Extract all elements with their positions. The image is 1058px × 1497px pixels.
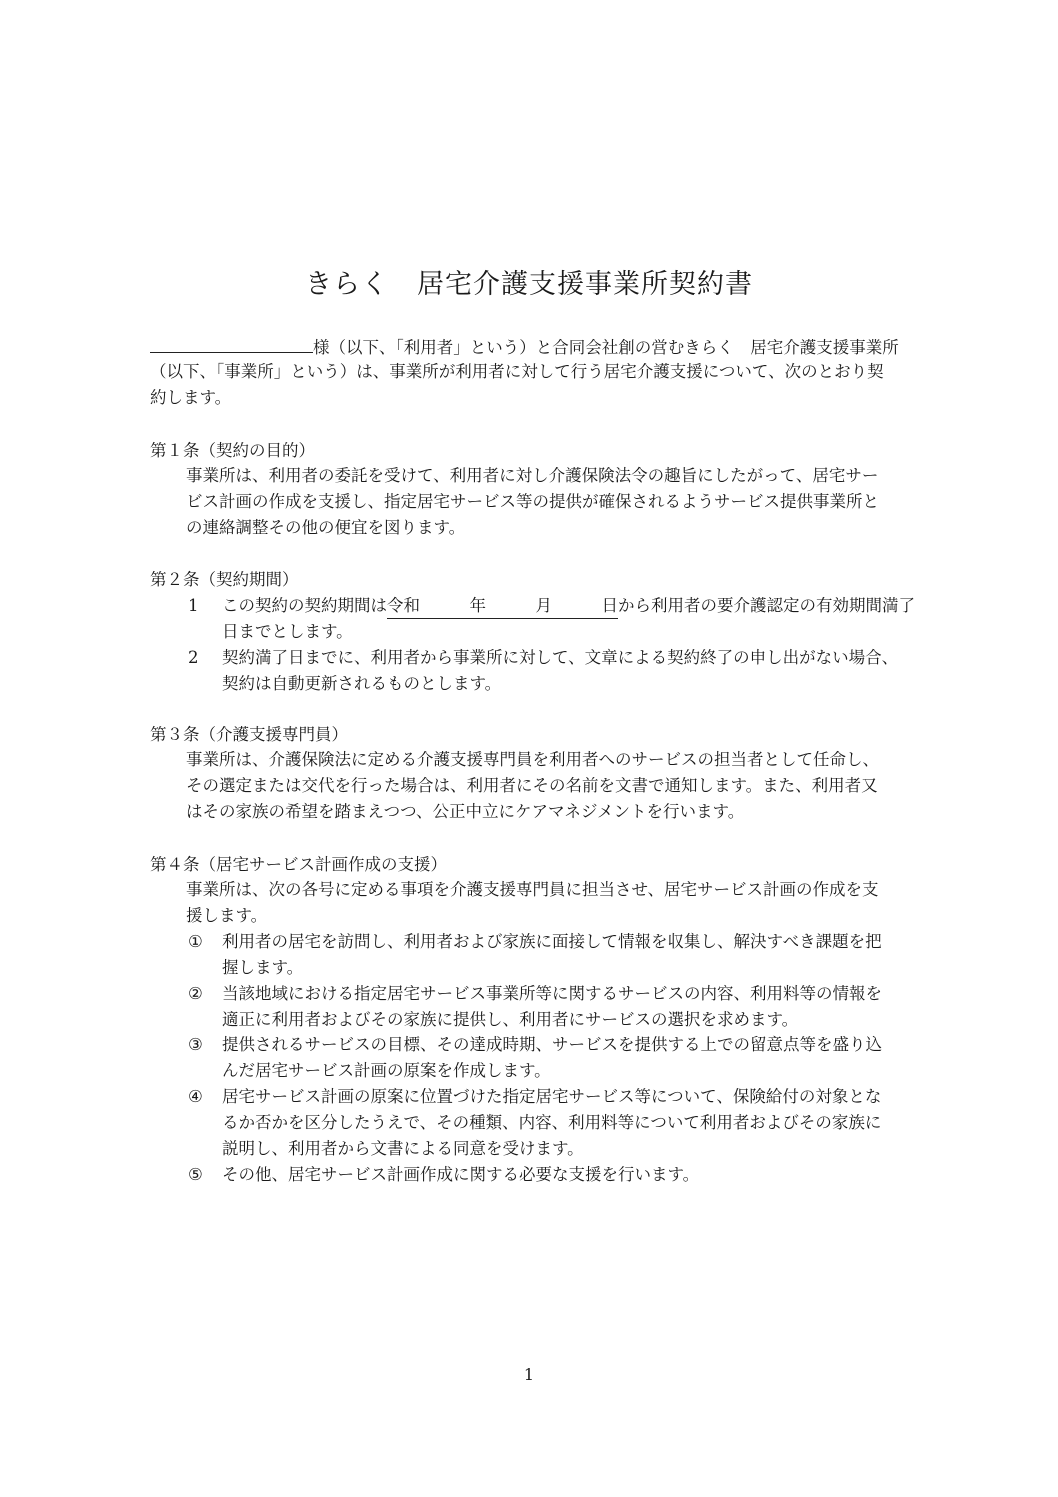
article-1-line: ビス計画の作成を支援し、指定居宅サービス等の提供が確保されるようサービス提供事業… [186,490,879,514]
article-4-item-2-line: 適正に利用者およびその家族に提供し、利用者にサービスの選択を求めます。 [222,1008,798,1032]
article-1-line: 事業所は、利用者の委託を受けて、利用者に対し介護保険法令の趣旨にしたがって、居宅… [186,464,878,488]
article-4-intro-line: 援します。 [186,904,267,928]
document-title: きらく 居宅介護支援事業所契約書 [0,262,1058,301]
article-4-item-2-line: 当該地域における指定居宅サービス事業所等に関するサービスの内容、利用料等の情報を [222,982,882,1006]
article-4-heading: 第４条（居宅サービス計画作成の支援） [150,853,447,877]
user-name-field[interactable] [150,334,313,353]
article-4-item-5-line: その他、居宅サービス計画作成に関する必要な支援を行います。 [222,1163,699,1187]
article-4-item-2-num: ② [188,982,203,1006]
article-2-item-1-suffix: から利用者の要介護認定の有効期間満了 [618,596,915,615]
article-2-item-1-line-2: 日までとします。 [222,620,353,644]
article-4-item-3-num: ③ [188,1033,203,1057]
article-2-heading: 第２条（契約期間） [150,568,299,592]
article-2-item-1-prefix: この契約の契約期間は [222,596,387,615]
article-1-line: の連絡調整その他の便宜を図ります。 [186,516,465,540]
article-3-line: はその家族の希望を踏まえつつ、公正中立にケアマネジメントを行います。 [186,800,744,824]
article-4-item-3-line: 提供されるサービスの目標、その達成時期、サービスを提供する上での留意点等を盛り込 [222,1033,882,1057]
article-4-item-1-line: 握します。 [222,956,303,980]
article-2-item-1-line-1: この契約の契約期間は令和 年 月 日から利用者の要介護認定の有効期間満了 [222,594,915,619]
article-4-item-4-line: 居宅サービス計画の原案に位置づけた指定居宅サービス等について、保険給付の対象とな [222,1085,881,1109]
article-4-item-1-line: 利用者の居宅を訪問し、利用者および家族に面接して情報を収集し、解決すべき課題を把 [222,930,882,954]
intro-line-2: （以下、「事業所」という）は、事業所が利用者に対して行う居宅介護支援について、次… [150,360,884,384]
article-2-item-2-num: 2 [188,646,199,670]
article-4-item-5-num: ⑤ [188,1163,203,1187]
article-2-item-2-line-1: 契約満了日までに、利用者から事業所に対して、文章による契約終了の申し出がない場合… [222,646,898,670]
article-4-item-4-line: 説明し、利用者から文書による同意を受けます。 [222,1137,584,1161]
article-2-item-2-line-2: 契約は自動更新されるものとします。 [222,672,501,696]
article-2-item-1-num: 1 [188,594,199,618]
article-1-heading: 第１条（契約の目的） [150,439,315,463]
intro-line-3: 約します。 [150,386,231,410]
article-4-intro-line: 事業所は、次の各号に定める事項を介護支援専門員に担当させ、居宅サービス計画の作成… [186,878,879,902]
intro-line-1: 様（以下、「利用者」という）と合同会社創の営むきらく 居宅介護支援事業所 [150,334,899,360]
article-4-item-4-line: るか否かを区分したうえで、その種類、内容、利用料等について利用者およびその家族に [222,1111,881,1135]
page-number: 1 [0,1365,1058,1384]
article-3-line: その選定または交代を行った場合は、利用者にその名前を文書で通知します。また、利用… [186,774,878,798]
contract-start-date-field[interactable]: 令和 年 月 日 [387,594,618,619]
article-4-item-4-num: ④ [188,1085,203,1109]
article-3-heading: 第３条（介護支援専門員） [150,723,348,747]
article-3-line: 事業所は、介護保険法に定める介護支援専門員を利用者へのサービスの担当者として任命… [186,748,879,772]
article-4-item-1-num: ① [188,930,203,954]
intro-line-1-text: 様（以下、「利用者」という）と合同会社創の営むきらく 居宅介護支援事業所 [313,338,899,357]
article-4-item-3-line: んだ居宅サービス計画の原案を作成します。 [222,1059,551,1083]
